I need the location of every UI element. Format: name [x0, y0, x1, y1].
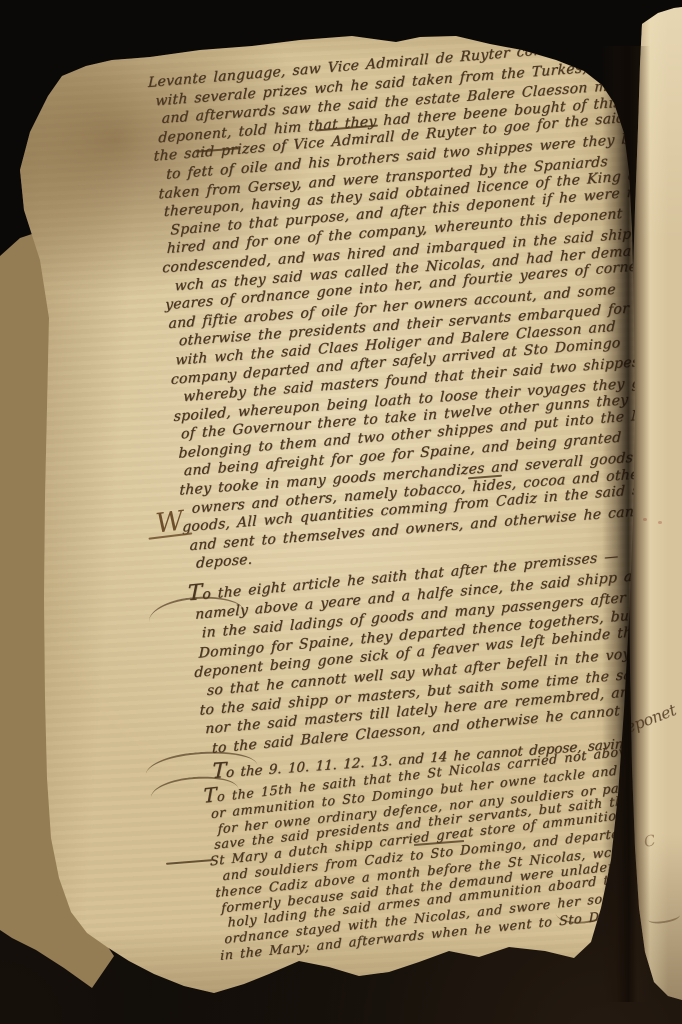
show-through-dot: [643, 518, 647, 521]
paragraph-1: Levante language, saw Vice Admirall de R…: [147, 33, 682, 575]
strikethrough-mark: [166, 859, 212, 865]
handwriting-block: Levante language, saw Vice Admirall de R…: [146, 17, 682, 965]
manuscript-photo: deponet C Levante language, saw Vice Adm…: [0, 0, 682, 1024]
manuscript-page: Levante language, saw Vice Admirall de R…: [0, 0, 682, 1024]
faint-c-mark: C: [642, 831, 657, 851]
paragraph-2: To the eight article he saith that after…: [187, 540, 682, 759]
marginal-w-glyph: W: [154, 505, 185, 539]
show-through-dot: [658, 521, 662, 524]
faint-stroke-mark: [647, 910, 680, 926]
